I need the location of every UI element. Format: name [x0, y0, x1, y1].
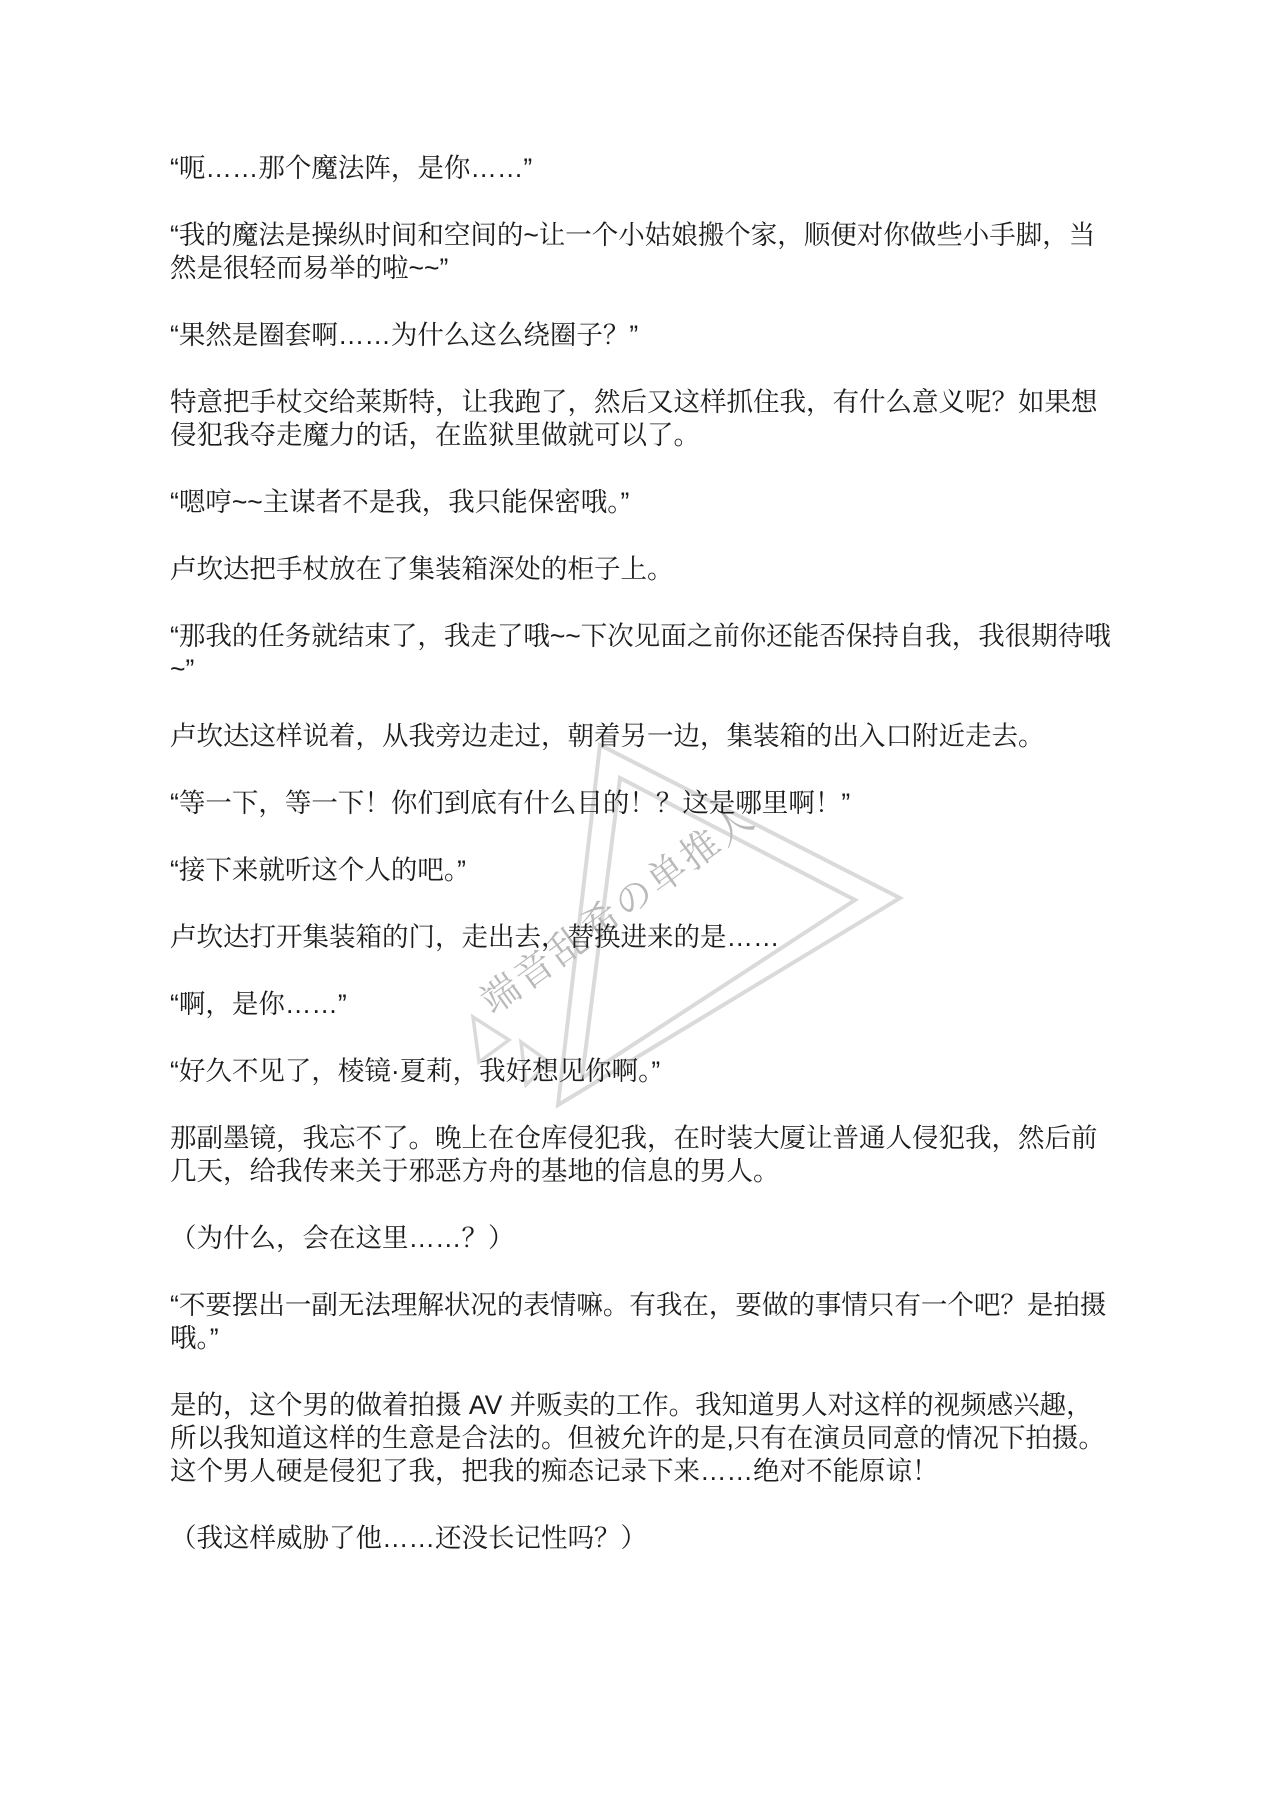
paragraph-narration: 是的，这个男的做着拍摄 AV 并贩卖的工作。我知道男人对这样的视频感兴趣，所以我… — [170, 1389, 1112, 1488]
paragraph-dialogue: “果然是圈套啊……为什么这么绕圈子？” — [170, 319, 1112, 352]
paragraph-dialogue: “那我的任务就结束了，我走了哦~~下次见面之前你还能否保持自我，我很期待哦~” — [170, 620, 1112, 686]
paragraph-narration: 特意把手杖交给莱斯特，让我跑了，然后又这样抓住我，有什么意义呢？如果想侵犯我夺走… — [170, 386, 1112, 452]
paragraph-narration: 卢坎达打开集装箱的门，走出去，替换进来的是…… — [170, 921, 1112, 954]
novel-text: “呃……那个魔法阵，是你……” “我的魔法是操纵时间和空间的~让一个小姑娘搬个家… — [170, 152, 1112, 1589]
paragraph-dialogue: “我的魔法是操纵时间和空间的~让一个小姑娘搬个家，顺便对你做些小手脚，当然是很轻… — [170, 219, 1112, 285]
paragraph-dialogue: “好久不见了，棱镜·夏莉，我好想见你啊。” — [170, 1055, 1112, 1088]
paragraph-dialogue: “嗯哼~~主谋者不是我，我只能保密哦。” — [170, 486, 1112, 519]
paragraph-narration: 卢坎达这样说着，从我旁边走过，朝着另一边，集装箱的出入口附近走去。 — [170, 720, 1112, 753]
paragraph-narration: 那副墨镜，我忘不了。晚上在仓库侵犯我，在时装大厦让普通人侵犯我，然后前几天，给我… — [170, 1122, 1112, 1188]
paragraph-dialogue: “等一下，等一下！你们到底有什么目的！？这是哪里啊！” — [170, 787, 1112, 820]
paragraph-narration: 卢坎达把手杖放在了集装箱深处的柜子上。 — [170, 553, 1112, 586]
paragraph-dialogue: “呃……那个魔法阵，是你……” — [170, 152, 1112, 185]
paragraph-thought: （为什么，会在这里……？） — [170, 1222, 1112, 1255]
paragraph-dialogue: “啊，是你……” — [170, 988, 1112, 1021]
paragraph-dialogue: “接下来就听这个人的吧。” — [170, 854, 1112, 887]
paragraph-dialogue: “不要摆出一副无法理解状况的表情嘛。有我在，要做的事情只有一个吧？是拍摄哦。” — [170, 1289, 1112, 1355]
novel-page[interactable]: 端音乱希の单推人 “呃……那个魔法阵，是你……” “我的魔法是操纵时间和空间的~… — [0, 0, 1280, 1810]
paragraph-thought: （我这样威胁了他……还没长记性吗？） — [170, 1522, 1112, 1555]
